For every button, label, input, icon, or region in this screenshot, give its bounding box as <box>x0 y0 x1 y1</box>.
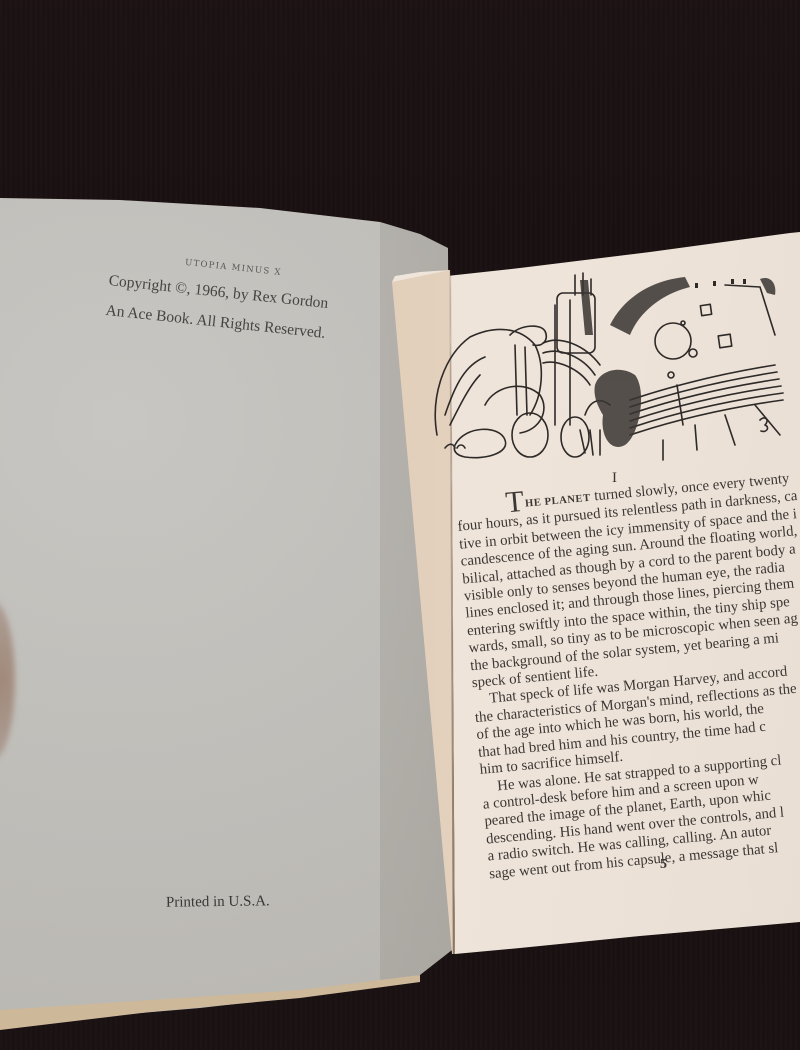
chapter-body-text: THE PLANET turned slowly, once every twe… <box>455 462 800 884</box>
printed-in-notice: Printed in U.S.A. <box>166 893 270 911</box>
chapter-illustration <box>425 265 795 465</box>
page-number: 5 <box>660 857 667 873</box>
